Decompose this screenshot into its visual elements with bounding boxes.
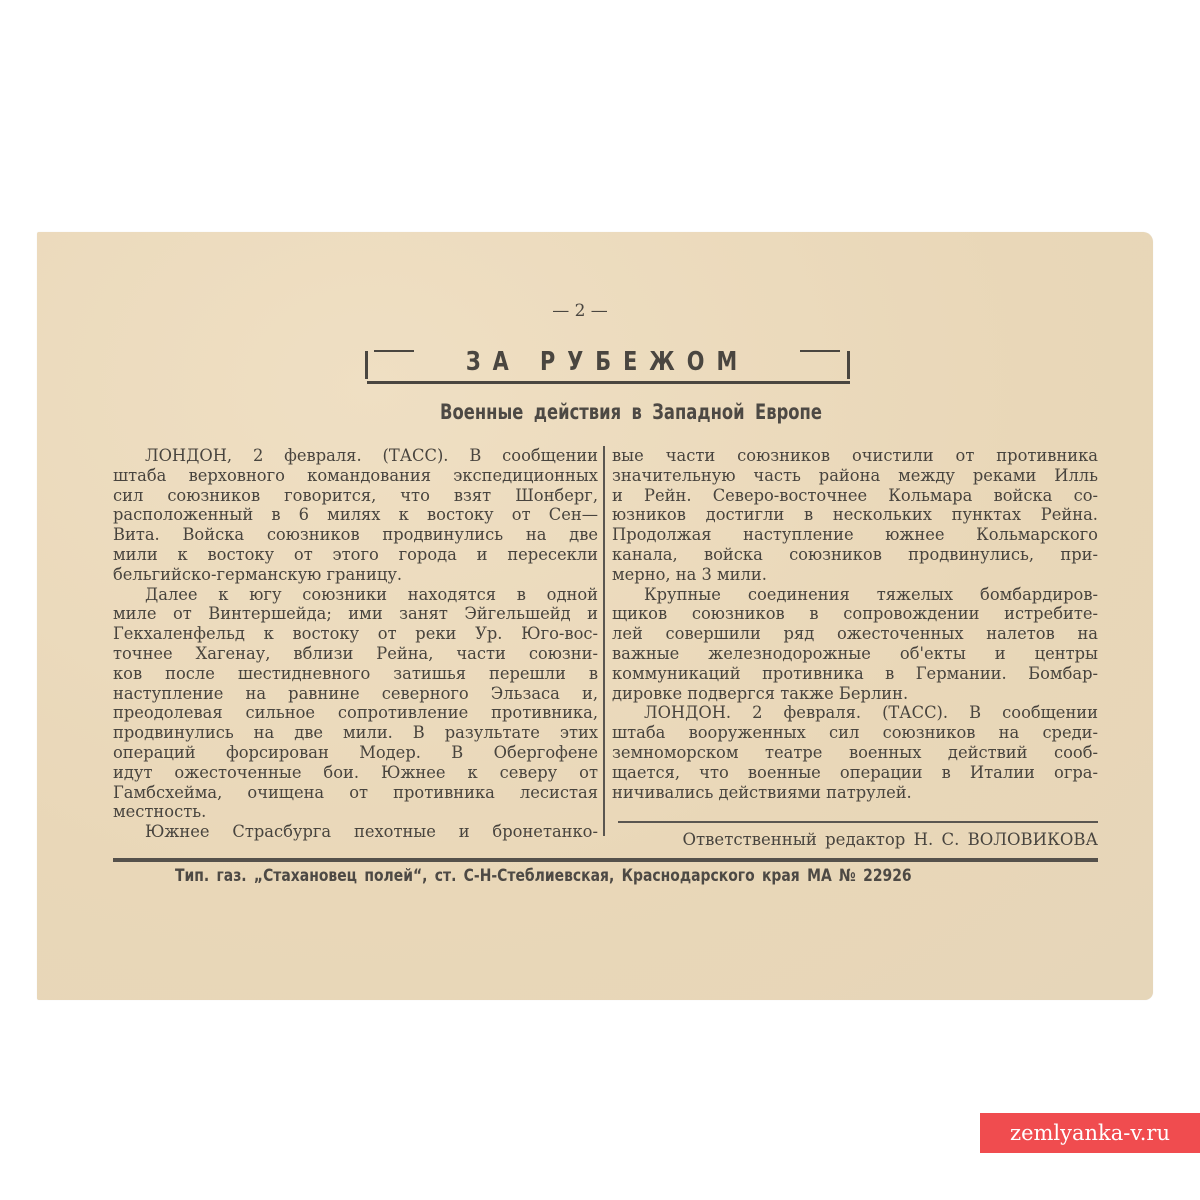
text-line: расположенный в 6 милях к востоку от Сен…: [113, 505, 598, 525]
text-line: мерно, на 3 мили.: [612, 565, 1098, 585]
text-line: ЛОНДОН. 2 февраля. (ТАСС). В сообщении: [612, 703, 1098, 723]
text-line: продвинулись на две мили. В разультате э…: [113, 723, 598, 743]
text-line: местность.: [113, 802, 598, 822]
text-line: сил союзников говорится, что взят Шонбер…: [113, 486, 598, 506]
text-line: мили к востоку от этого города и пересек…: [113, 545, 598, 565]
text-line: операций форсирован Модер. В Обергофене: [113, 743, 598, 763]
text-line: щается, что военные операции в Италии ог…: [612, 763, 1098, 783]
text-line: Гекхаленфельд к востоку от реки Ур. Юго-…: [113, 624, 598, 644]
text-line: штаба верховного командования экспедицио…: [113, 466, 598, 486]
section-title: ЗА РУБЕЖОМ: [414, 347, 802, 377]
text-line: Продолжая наступление южнее Кольмарского: [612, 525, 1098, 545]
column-divider: [603, 446, 605, 836]
editor-separator-rule: [618, 821, 1098, 823]
text-line: ЛОНДОН, 2 февраля. (ТАСС). В сообщении: [113, 446, 598, 466]
text-line: юзников достигли в нескольких пунктах Ре…: [612, 505, 1098, 525]
text-line: ков после шестидневного затишья перешли …: [113, 664, 598, 684]
text-line: ничивались действиями патрулей.: [612, 783, 1098, 803]
text-line: штаба вооруженных сил союзников на среди…: [612, 723, 1098, 743]
text-line: бельгийско-германскую границу.: [113, 565, 598, 585]
article-column-left: ЛОНДОН, 2 февраля. (ТАСС). В сообщении ш…: [113, 446, 598, 842]
text-line: канала, войска союзников продвинулись, п…: [612, 545, 1098, 565]
text-line: Гамбсхейма, очищена от противника лесист…: [113, 783, 598, 803]
text-line: важные железнодорожные об'екты и центры: [612, 644, 1098, 664]
left-bracket-bar: [365, 351, 368, 379]
article-headline: Военные действия в Западной Европе: [440, 400, 814, 424]
text-line: идут ожесточенные бои. Южнее к северу от: [113, 763, 598, 783]
right-bracket-tick: [800, 350, 840, 352]
text-line: и Рейн. Северо-восточнее Кольмара войска…: [612, 486, 1098, 506]
text-line: лей совершили ряд ожесточенных налетов н…: [612, 624, 1098, 644]
text-line: Крупные соединения тяжелых бомбардиров-: [612, 585, 1098, 605]
text-line: вые части союзников очистили от противни…: [612, 446, 1098, 466]
right-bracket-bar: [847, 351, 850, 379]
printing-imprint: Тип. газ. „Стахановец полей“, ст. С-Н-Ст…: [175, 866, 897, 886]
footer-rule: [113, 858, 1098, 862]
text-line: земноморском театре военных действий соо…: [612, 743, 1098, 763]
article-column-right: вые части союзников очистили от противни…: [612, 446, 1098, 802]
text-line: миле от Винтершейда; ими занят Эйгельшей…: [113, 604, 598, 624]
text-line: точнее Хагенау, вблизи Рейна, части союз…: [113, 644, 598, 664]
text-line: щиков союзников в сопровождении истребит…: [612, 604, 1098, 624]
text-line: значительную часть района между реками И…: [612, 466, 1098, 486]
responsible-editor: Ответственный редактор Н. С. ВОЛОВИКОВА: [612, 830, 1098, 849]
text-line: Вита. Войска союзников продвинулись на д…: [113, 525, 598, 545]
text-line: Далее к югу союзники находятся в одной: [113, 585, 598, 605]
text-line: коммуникаций противника в Германии. Бомб…: [612, 664, 1098, 684]
text-line: наступление на равнине северного Эльзаса…: [113, 684, 598, 704]
text-line: дировке подвергся также Берлин.: [612, 684, 1098, 704]
section-header-box: ЗА РУБЕЖОМ: [365, 346, 850, 380]
left-bracket-tick: [374, 350, 414, 352]
text-line: Южнее Страсбурга пехотные и бронетанко-: [113, 822, 598, 842]
watermark-badge: zemlyanka-v.ru: [980, 1113, 1200, 1153]
text-line: преодолевая сильное сопротивление против…: [113, 703, 598, 723]
section-underline: [367, 381, 850, 384]
page-number: — 2 —: [540, 301, 620, 321]
